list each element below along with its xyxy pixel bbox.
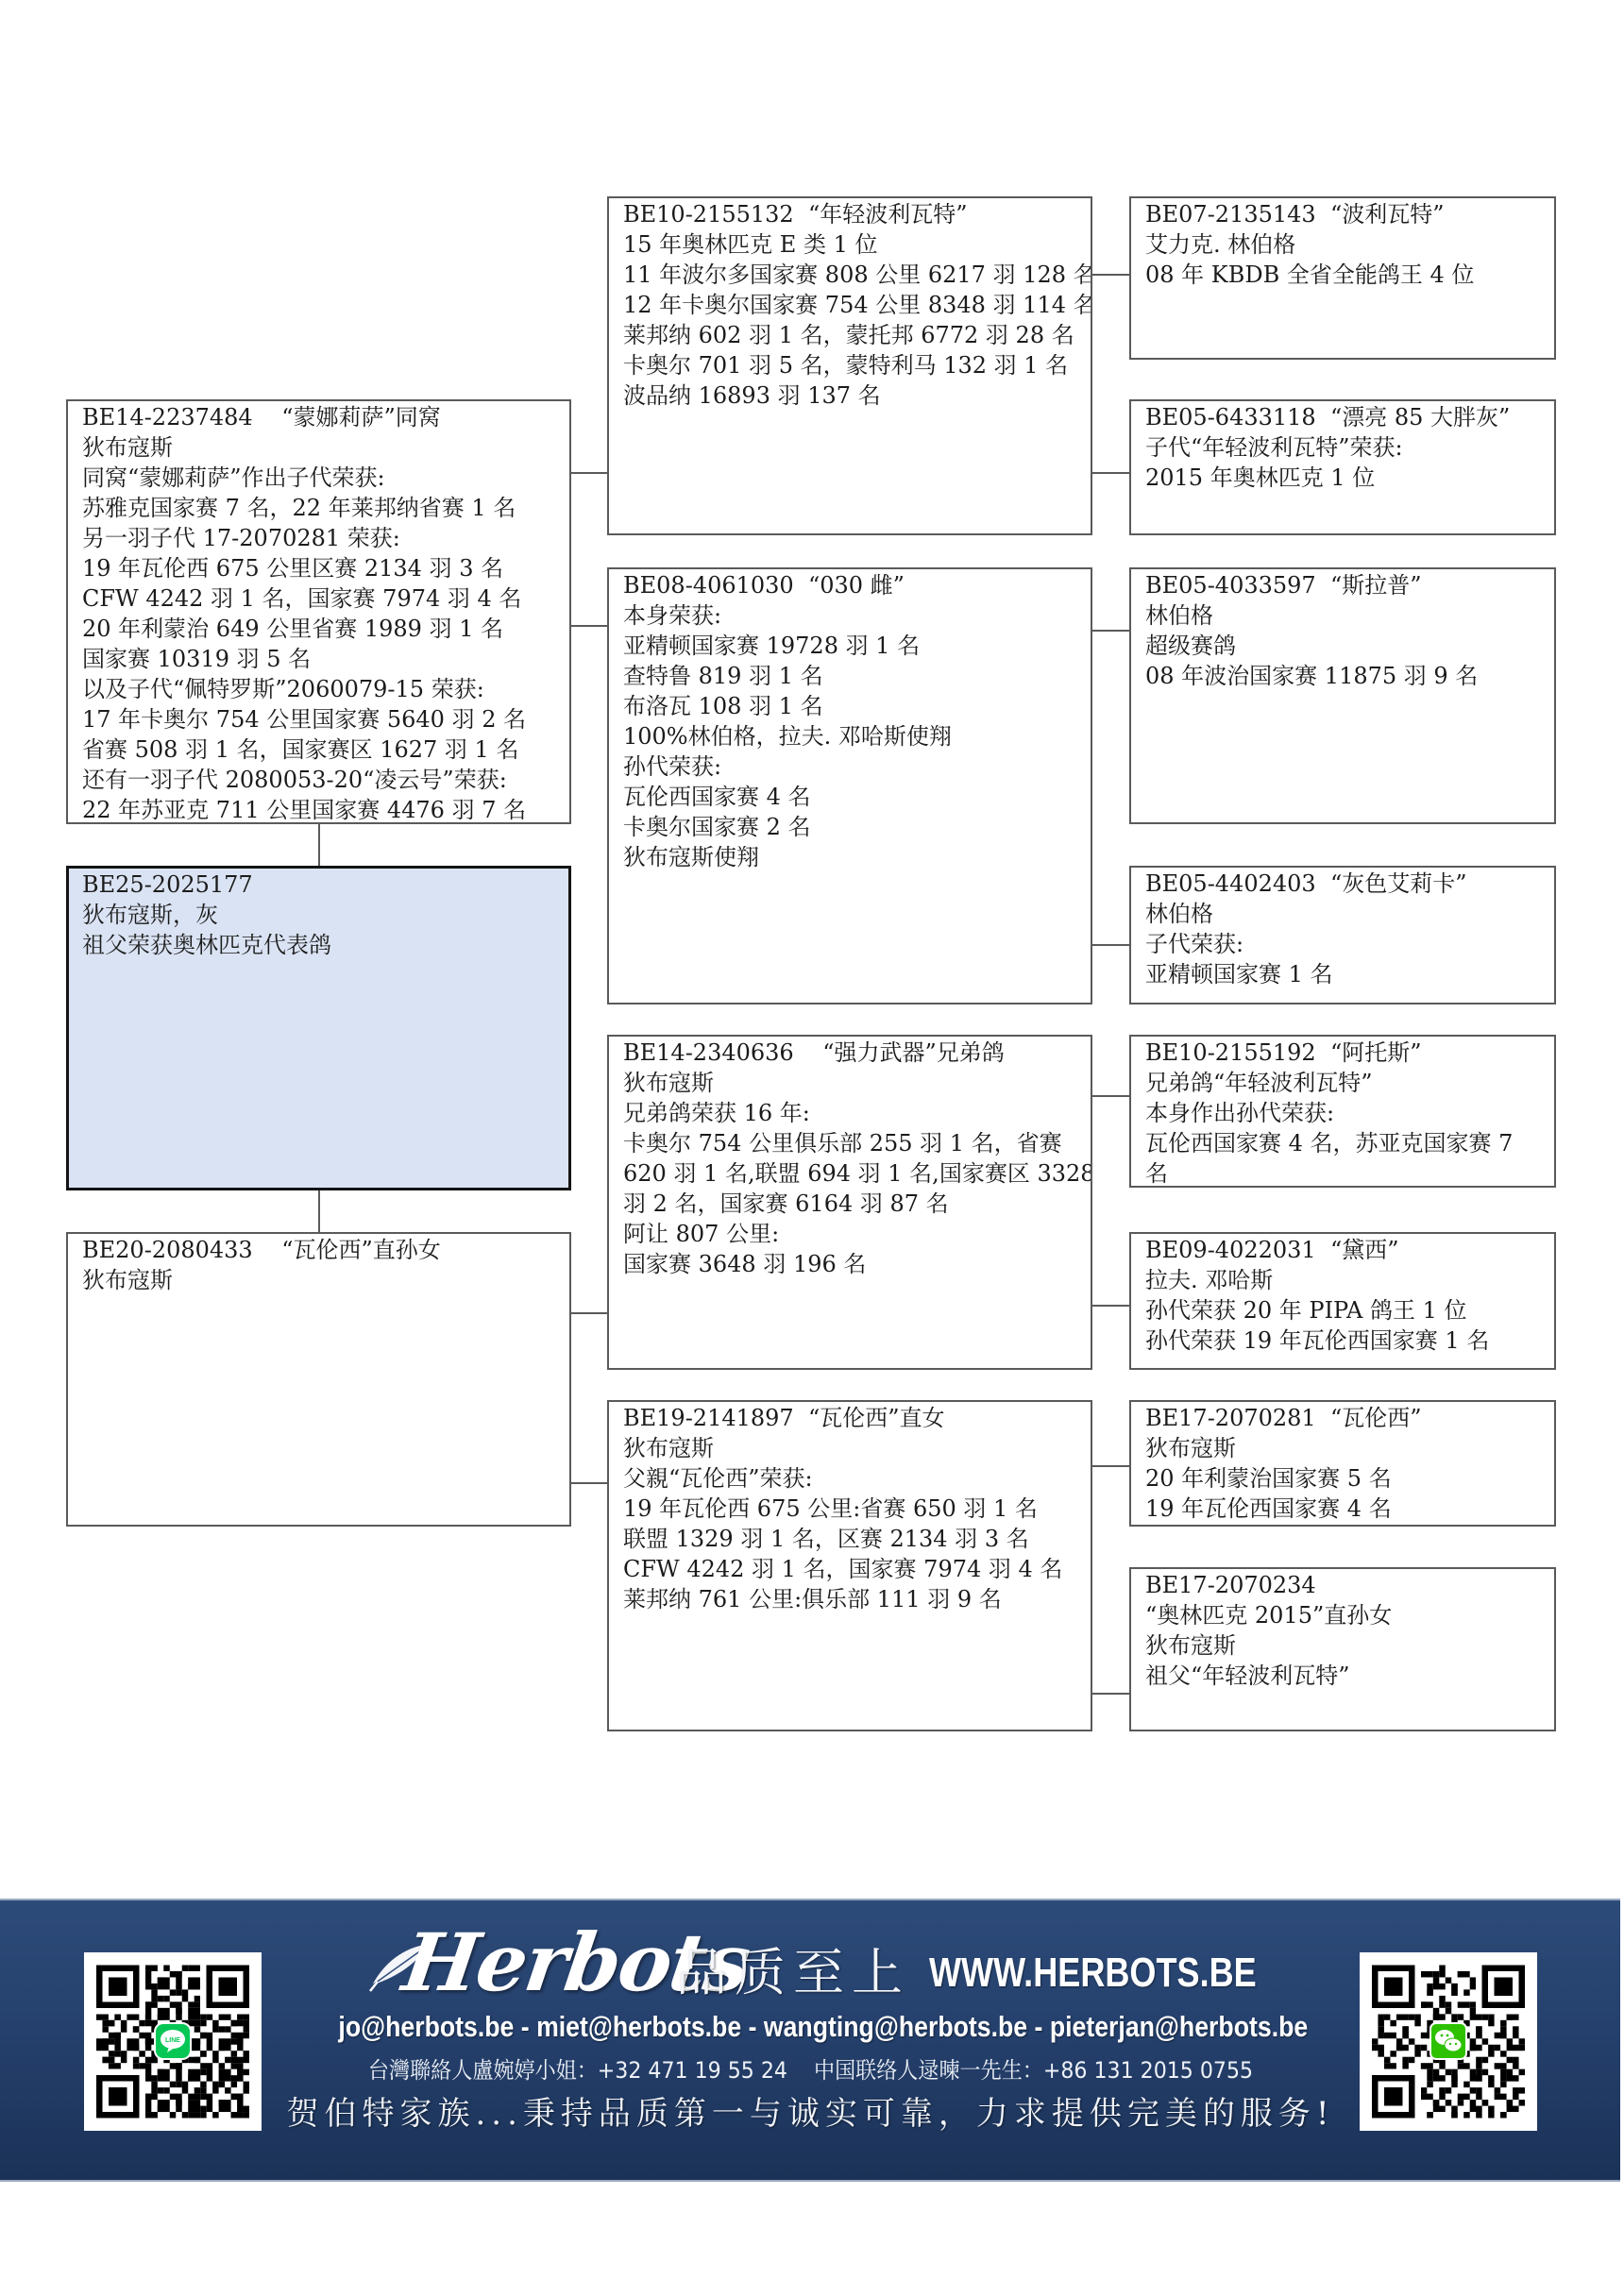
detail-line: 孙代荣获 19 年瓦伦西国家赛 1 名	[1145, 1325, 1548, 1356]
dam-sire-dam-box: BE09-4022031 “黛西”拉夫. 邓哈斯孙代荣获 20 年 PIPA 鸽…	[1129, 1232, 1556, 1370]
connector-line	[1092, 630, 1129, 632]
detail-line: 狄布寇斯使翔	[623, 842, 1085, 872]
sire-dam-sire-box: BE05-4033597 “斯拉普”林伯格超级赛鸽08 年波治国家赛 11875…	[1129, 567, 1556, 824]
detail-line: 亚精顿国家赛 19728 羽 1 名	[623, 631, 1085, 661]
detail-line: 11 年波尔多国家赛 808 公里 6217 羽 128 名	[623, 260, 1085, 290]
detail-line: 同窝“蒙娜莉萨”作出子代荣获:	[82, 463, 564, 493]
connector-line	[571, 625, 607, 627]
ring-number-label: BE05-4033597 “斯拉普”	[1145, 570, 1548, 600]
detail-line: 本身作出孙代荣获:	[1145, 1098, 1548, 1128]
ring-number-label: BE10-2155192 “阿托斯”	[1145, 1038, 1548, 1068]
detail-line: 22 年苏亚克 711 公里国家赛 4476 羽 7 名	[82, 795, 564, 824]
sire-dam-dam-box: BE05-4402403 “灰色艾莉卡”林伯格子代荣获:亚精顿国家赛 1 名	[1129, 866, 1556, 1004]
detail-line: 狄布寇斯	[82, 1265, 564, 1295]
ring-number-label: BE07-2135143 “波利瓦特”	[1145, 199, 1548, 229]
detail-line: 20 年利蒙治 649 公里省赛 1989 羽 1 名	[82, 614, 564, 644]
detail-line: 狄布寇斯，灰	[82, 900, 563, 930]
detail-line: CFW 4242 羽 1 名，国家赛 7974 羽 4 名	[623, 1554, 1085, 1584]
sire-box: BE14-2237484 “蒙娜莉萨”同窝狄布寇斯同窝“蒙娜莉萨”作出子代荣获:…	[66, 399, 571, 824]
ring-number-label: BE17-2070281 “瓦伦西”	[1145, 1403, 1548, 1433]
connector-line	[571, 1482, 607, 1484]
connector-line	[318, 824, 320, 866]
detail-line: 苏雅克国家赛 7 名，22 年莱邦纳省赛 1 名	[82, 493, 564, 523]
detail-line: 羽 2 名，国家赛 6164 羽 87 名	[623, 1189, 1085, 1219]
wechat-qr-code[interactable]	[1360, 1952, 1537, 2131]
connector-line	[1092, 1693, 1129, 1695]
detail-line: 100%林伯格，拉夫. 邓哈斯使翔	[623, 721, 1085, 751]
svg-text:LINE: LINE	[165, 2037, 180, 2044]
website-link[interactable]: WWW.HERBOTS.BE	[929, 1950, 1257, 1997]
detail-line: 另一羽子代 17-2070281 荣获:	[82, 523, 564, 553]
dam-sire-sire-box: BE10-2155192 “阿托斯”兄弟鸽“年轻波利瓦特”本身作出孙代荣获:瓦伦…	[1129, 1035, 1556, 1188]
contact-phones: 台灣聯絡人盧婉婷小姐：+32 471 19 55 24 中国联络人逯暕一先生：+…	[306, 2051, 1316, 2085]
tagline: 品质至上	[676, 1933, 910, 2005]
sire-sire-sire-box: BE07-2135143 “波利瓦特”艾力克. 林伯格08 年 KBDB 全省全…	[1129, 196, 1556, 360]
ring-number-label: BE05-4402403 “灰色艾莉卡”	[1145, 869, 1548, 899]
detail-line: 以及子代“佩特罗斯”2060079-15 荣获:	[82, 674, 564, 704]
dam-dam-dam-box: BE17-2070234“奥林匹克 2015”直孙女狄布寇斯祖父“年轻波利瓦特”	[1129, 1567, 1556, 1731]
detail-line: 狄布寇斯	[623, 1433, 1085, 1463]
slogan: 贺伯特家族...秉持品质第一与诚实可靠，力求提供完美的服务!	[262, 2087, 1360, 2134]
detail-line: 名	[1145, 1158, 1548, 1188]
ring-number-label: BE20-2080433 “瓦伦西”直孙女	[82, 1235, 564, 1265]
detail-line: 08 年 KBDB 全省全能鸽王 4 位	[1145, 260, 1548, 290]
detail-line: 卡奥尔 701 羽 5 名，蒙特利马 132 羽 1 名	[623, 350, 1085, 380]
connector-line	[571, 1312, 607, 1314]
detail-line: 子代“年轻波利瓦特”荣获:	[1145, 432, 1548, 463]
detail-line: 查特鲁 819 羽 1 名	[623, 661, 1085, 691]
ring-number-label: BE08-4061030 “030 雌”	[623, 570, 1085, 600]
detail-line: “奥林匹克 2015”直孙女	[1145, 1600, 1548, 1630]
connector-line	[1092, 1465, 1129, 1467]
detail-line: 布洛瓦 108 羽 1 名	[623, 691, 1085, 721]
detail-line: 狄布寇斯	[1145, 1433, 1548, 1463]
dam-sire-box: BE14-2340636 “强力武器”兄弟鸽狄布寇斯兄弟鸽荣获 16 年:卡奥尔…	[607, 1035, 1092, 1370]
detail-line: 狄布寇斯	[82, 432, 564, 463]
subject-pigeon-box: BE25-2025177狄布寇斯，灰祖父荣获奥林匹克代表鸽	[66, 866, 571, 1190]
connector-line	[1092, 1095, 1129, 1097]
connector-line	[1092, 944, 1129, 946]
detail-line: 本身荣获:	[623, 600, 1085, 631]
dam-dam-sire-box: BE17-2070281 “瓦伦西”狄布寇斯20 年利蒙治国家赛 5 名19 年…	[1129, 1400, 1556, 1527]
detail-line: 620 羽 1 名,联盟 694 羽 1 名,国家赛区 3328	[623, 1158, 1085, 1189]
detail-line: 父親“瓦伦西”荣获:	[623, 1463, 1085, 1494]
detail-line: 联盟 1329 羽 1 名，区赛 2134 羽 3 名	[623, 1524, 1085, 1554]
detail-line: 国家赛 10319 羽 5 名	[82, 644, 564, 674]
detail-line: 超级赛鸽	[1145, 631, 1548, 661]
detail-line: 兄弟鸽荣获 16 年:	[623, 1098, 1085, 1128]
sire-dam-box: BE08-4061030 “030 雌”本身荣获:亚精顿国家赛 19728 羽 …	[607, 567, 1092, 1004]
sire-sire-dam-box: BE05-6433118 “漂亮 85 大胖灰”子代“年轻波利瓦特”荣获:201…	[1129, 399, 1556, 535]
detail-line: 拉夫. 邓哈斯	[1145, 1265, 1548, 1295]
herbots-logo[interactable]: Herbots 品质至上 WWW.HERBOTS.BE	[368, 1921, 1275, 2006]
ring-number-label: BE14-2237484 “蒙娜莉萨”同窝	[82, 402, 564, 432]
line-qr-code[interactable]: LINE	[84, 1952, 262, 2131]
detail-line: 亚精顿国家赛 1 名	[1145, 959, 1548, 989]
connector-line	[1092, 1305, 1129, 1307]
detail-line: 12 年卡奥尔国家赛 754 公里 8348 羽 114 名	[623, 290, 1085, 320]
connector-line	[1092, 274, 1129, 276]
detail-line: 莱邦纳 602 羽 1 名，蒙托邦 6772 羽 28 名	[623, 320, 1085, 350]
detail-line: 08 年波治国家赛 11875 羽 9 名	[1145, 661, 1548, 691]
detail-line: 还有一羽子代 2080053-20“凌云号”荣获:	[82, 765, 564, 795]
detail-line: 19 年瓦伦西 675 公里区赛 2134 羽 3 名	[82, 553, 564, 583]
ring-number-label: BE17-2070234	[1145, 1570, 1548, 1600]
detail-line: 卡奥尔国家赛 2 名	[623, 812, 1085, 842]
detail-line: 孙代荣获:	[623, 751, 1085, 782]
detail-line: 19 年瓦伦西国家赛 4 名	[1145, 1494, 1548, 1524]
line-icon: LINE	[154, 2022, 192, 2060]
ring-number-label: BE10-2155132 “年轻波利瓦特”	[623, 199, 1085, 229]
ring-number-label: BE14-2340636 “强力武器”兄弟鸽	[623, 1038, 1085, 1068]
connector-line	[318, 1190, 320, 1232]
connector-line	[571, 472, 607, 474]
detail-line: 卡奥尔 754 公里俱乐部 255 羽 1 名，省赛	[623, 1128, 1085, 1158]
contact-emails[interactable]: jo@herbots.be - miet@herbots.be - wangti…	[338, 2010, 1282, 2044]
ring-number-label: BE25-2025177	[82, 869, 563, 900]
detail-line: 17 年卡奥尔 754 公里国家赛 5640 羽 2 名	[82, 704, 564, 734]
detail-line: 省赛 508 羽 1 名，国家赛区 1627 羽 1 名	[82, 734, 564, 765]
detail-line: 莱邦纳 761 公里:俱乐部 111 羽 9 名	[623, 1584, 1085, 1614]
detail-line: 20 年利蒙治国家赛 5 名	[1145, 1463, 1548, 1494]
ring-number-label: BE09-4022031 “黛西”	[1145, 1235, 1548, 1265]
detail-line: 15 年奥林匹克 E 类 1 位	[623, 229, 1085, 260]
detail-line: 艾力克. 林伯格	[1145, 229, 1548, 260]
ring-number-label: BE05-6433118 “漂亮 85 大胖灰”	[1145, 402, 1548, 432]
detail-line: 阿让 807 公里:	[623, 1219, 1085, 1249]
dam-dam-box: BE19-2141897 “瓦伦西”直女狄布寇斯父親“瓦伦西”荣获:19 年瓦伦…	[607, 1400, 1092, 1731]
ring-number-label: BE19-2141897 “瓦伦西”直女	[623, 1403, 1085, 1433]
detail-line: 国家赛 3648 羽 196 名	[623, 1249, 1085, 1279]
detail-line: 孙代荣获 20 年 PIPA 鸽王 1 位	[1145, 1295, 1548, 1325]
detail-line: 林伯格	[1145, 899, 1548, 929]
detail-line: 波品纳 16893 羽 137 名	[623, 380, 1085, 411]
wechat-icon	[1429, 2022, 1467, 2060]
detail-line: 狄布寇斯	[1145, 1630, 1548, 1661]
detail-line: 狄布寇斯	[623, 1068, 1085, 1098]
footer-banner: LINE Herbots 品质至上 WWW.HERBOTS.BE jo@herb…	[0, 1899, 1620, 2182]
dam-box: BE20-2080433 “瓦伦西”直孙女狄布寇斯	[66, 1232, 571, 1527]
detail-line: 林伯格	[1145, 600, 1548, 631]
connector-line	[1092, 472, 1129, 474]
detail-line: 祖父“年轻波利瓦特”	[1145, 1661, 1548, 1691]
detail-line: 兄弟鸽“年轻波利瓦特”	[1145, 1068, 1548, 1098]
detail-line: 19 年瓦伦西 675 公里:省赛 650 羽 1 名	[623, 1494, 1085, 1524]
detail-line: 2015 年奥林匹克 1 位	[1145, 463, 1548, 493]
detail-line: 瓦伦西国家赛 4 名	[623, 782, 1085, 812]
detail-line: 瓦伦西国家赛 4 名，苏亚克国家赛 7	[1145, 1128, 1548, 1158]
sire-sire-box: BE10-2155132 “年轻波利瓦特”15 年奥林匹克 E 类 1 位11 …	[607, 196, 1092, 535]
detail-line: 子代荣获:	[1145, 929, 1548, 959]
detail-line: CFW 4242 羽 1 名，国家赛 7974 羽 4 名	[82, 583, 564, 614]
detail-line: 祖父荣获奥林匹克代表鸽	[82, 930, 563, 960]
